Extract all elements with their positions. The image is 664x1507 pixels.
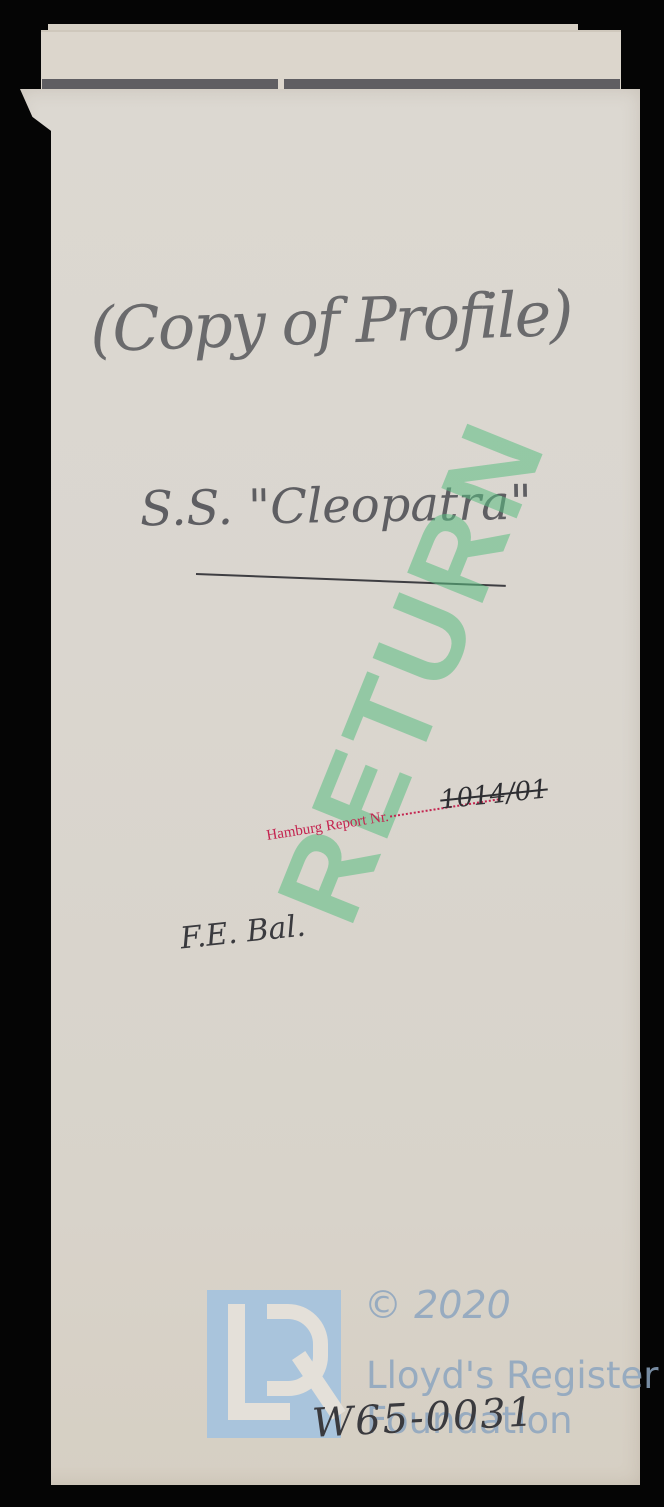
watermark-copyright: © 2020 [364,1283,511,1327]
logo-l-foot [228,1403,290,1420]
